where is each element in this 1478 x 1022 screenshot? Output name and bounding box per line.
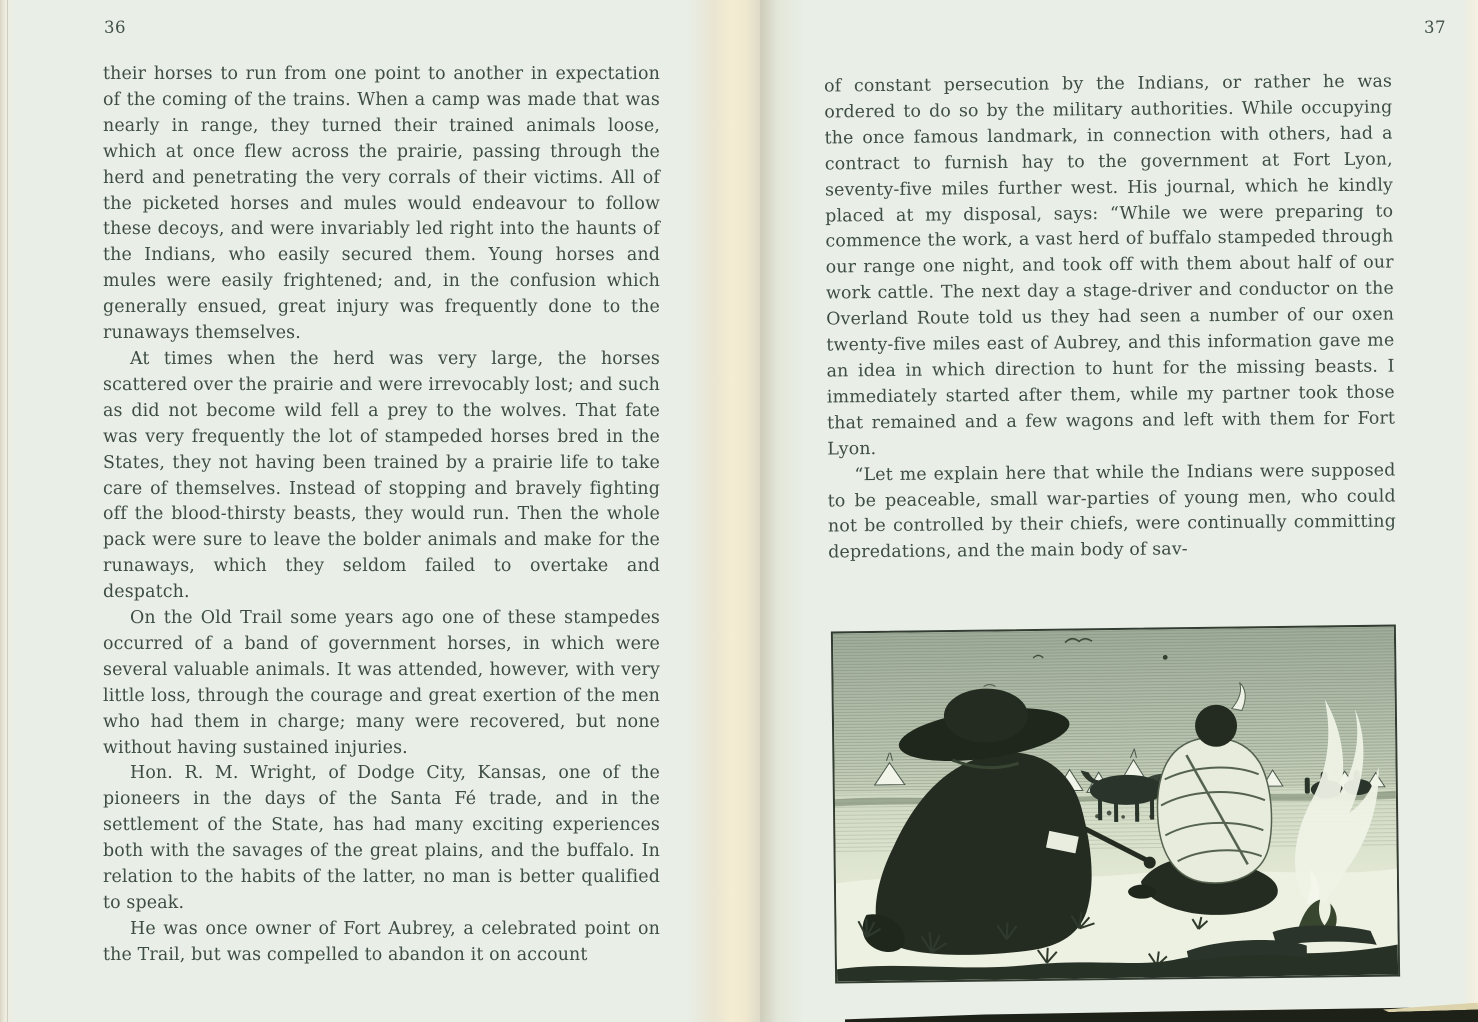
body-paragraph: Hon. R. M. Wright, of Dodge City, Kansas… (103, 761, 660, 916)
page-number-left: 36 (104, 18, 126, 37)
book-bottom-shadow (845, 1000, 1478, 1022)
body-paragraph: their horses to run from one point to an… (103, 62, 660, 347)
right-page-text: of constant persecution by the Indians, … (824, 70, 1396, 567)
body-paragraph: On the Old Trail some years ago one of t… (103, 606, 660, 761)
campfire-illustration (831, 625, 1400, 984)
book-right-page-edge (1462, 0, 1478, 1022)
body-paragraph: “Let me explain here that while the Indi… (827, 458, 1396, 567)
campfire-illustration-art (833, 627, 1398, 982)
book-spread-photo: 36 their horses to run from one point to… (0, 0, 1478, 1022)
body-paragraph: of constant persecution by the Indians, … (824, 70, 1395, 464)
body-paragraph: He was once owner of Fort Aubrey, a cele… (103, 917, 660, 969)
left-page-text: their horses to run from one point to an… (103, 62, 660, 969)
book-gutter-shadow (688, 0, 804, 1022)
body-paragraph: At times when the herd was very large, t… (103, 347, 660, 606)
sky (833, 627, 1396, 799)
page-number-right: 37 (1424, 18, 1446, 37)
blanket (1157, 737, 1273, 883)
book-left-page-edges (0, 0, 16, 1022)
